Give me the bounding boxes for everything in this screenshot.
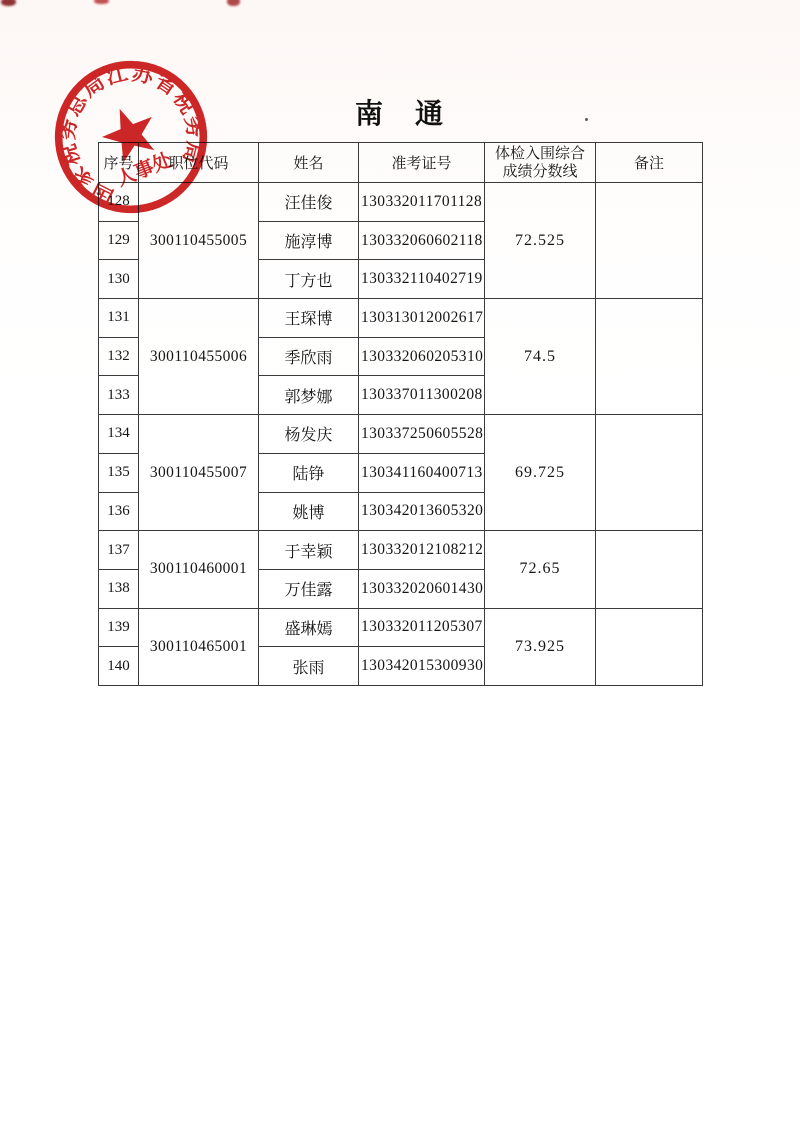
serial-cell: 134	[99, 415, 139, 454]
score-cell: 69.725	[485, 415, 596, 531]
serial-cell: 137	[99, 531, 139, 570]
ticket-number-cell: 130332060602118	[359, 221, 485, 260]
name-cell: 于幸颖	[259, 531, 359, 570]
ticket-number-cell: 130332060205310	[359, 337, 485, 376]
table-row: 131300110455006王琛博13031301200261774.5	[99, 299, 703, 338]
score-cell: 74.5	[485, 299, 596, 415]
scan-smudge	[1, 0, 16, 6]
ticket-number-cell: 130332110402719	[359, 260, 485, 299]
serial-cell: 139	[99, 608, 139, 647]
ticket-number-cell: 130337011300208	[359, 376, 485, 415]
serial-cell: 131	[99, 299, 139, 338]
name-cell: 杨发庆	[259, 415, 359, 454]
ticket-number-cell: 130332011701128	[359, 183, 485, 222]
serial-cell: 136	[99, 492, 139, 531]
header-score-line2: 成绩分数线	[502, 164, 577, 180]
position-code-cell: 300110455006	[139, 299, 259, 415]
serial-cell: 128	[99, 183, 139, 222]
position-code-cell: 300110455007	[139, 415, 259, 531]
header-score-line1: 体检入围综合	[495, 146, 585, 162]
header-name: 姓名	[259, 143, 359, 183]
results-table: 序号 职位代码 姓名 准考证号 体检入围综合成绩分数线 备注 128300110…	[98, 142, 703, 686]
ticket-number-cell: 130332012108212	[359, 531, 485, 570]
remark-cell	[596, 183, 703, 299]
ticket-number-cell: 130332011205307	[359, 608, 485, 647]
table-row: 128300110455005汪佳俊13033201170112872.525	[99, 183, 703, 222]
name-cell: 陆铮	[259, 453, 359, 492]
name-cell: 季欣雨	[259, 337, 359, 376]
table-row: 134300110455007杨发庆13033725060552869.725	[99, 415, 703, 454]
ticket-number-cell: 130342013605320	[359, 492, 485, 531]
serial-cell: 132	[99, 337, 139, 376]
scanned-page: 南 通 序号 职位代码 姓名 准考证号 体检入围综合成绩分数线 备注 12830…	[0, 0, 800, 1135]
header-serial: 序号	[99, 143, 139, 183]
serial-cell: 140	[99, 647, 139, 686]
ticket-number-cell: 130341160400713	[359, 453, 485, 492]
name-cell: 王琛博	[259, 299, 359, 338]
page-title: 南 通	[98, 96, 702, 134]
header-score: 体检入围综合成绩分数线	[485, 143, 596, 183]
table-row: 139300110465001盛琳嫣13033201120530773.925	[99, 608, 703, 647]
table-row: 137300110460001于幸颖13033201210821272.65	[99, 531, 703, 570]
results-table-body: 128300110455005汪佳俊13033201170112872.5251…	[99, 183, 703, 686]
serial-cell: 129	[99, 221, 139, 260]
ticket-number-cell: 130332020601430	[359, 569, 485, 608]
header-position-code: 职位代码	[139, 143, 259, 183]
serial-cell: 133	[99, 376, 139, 415]
name-cell: 姚博	[259, 492, 359, 531]
score-cell: 73.925	[485, 608, 596, 685]
position-code-cell: 300110465001	[139, 608, 259, 685]
name-cell: 盛琳嫣	[259, 608, 359, 647]
score-cell: 72.525	[485, 183, 596, 299]
serial-cell: 135	[99, 453, 139, 492]
remark-cell	[596, 415, 703, 531]
ticket-number-cell: 130342015300930	[359, 647, 485, 686]
serial-cell: 130	[99, 260, 139, 299]
ticket-number-cell: 130337250605528	[359, 415, 485, 454]
header-row: 序号 职位代码 姓名 准考证号 体检入围综合成绩分数线 备注	[99, 143, 703, 183]
name-cell: 汪佳俊	[259, 183, 359, 222]
score-cell: 72.65	[485, 531, 596, 608]
name-cell: 张雨	[259, 647, 359, 686]
name-cell: 丁方也	[259, 260, 359, 299]
remark-cell	[596, 299, 703, 415]
serial-cell: 138	[99, 569, 139, 608]
name-cell: 郭梦娜	[259, 376, 359, 415]
position-code-cell: 300110455005	[139, 183, 259, 299]
scan-smudge	[94, 0, 109, 4]
ticket-number-cell: 130313012002617	[359, 299, 485, 338]
header-ticket-number: 准考证号	[359, 143, 485, 183]
position-code-cell: 300110460001	[139, 531, 259, 608]
remark-cell	[596, 531, 703, 608]
remark-cell	[596, 608, 703, 685]
name-cell: 万佳露	[259, 569, 359, 608]
header-remark: 备注	[596, 143, 703, 183]
name-cell: 施淳博	[259, 221, 359, 260]
scan-smudge	[227, 0, 240, 6]
